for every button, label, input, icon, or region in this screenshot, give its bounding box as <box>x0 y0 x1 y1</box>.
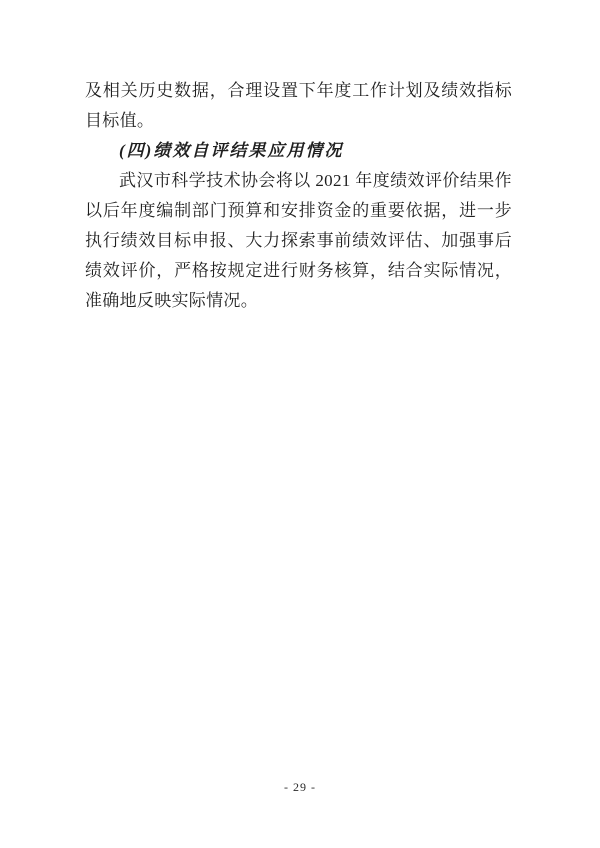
text-line: 准确地反映实际情况。 <box>85 286 512 316</box>
page-number: - 29 - <box>0 779 600 795</box>
text-line: 绩效评价，严格按规定进行财务核算，结合实际情况，完整、 <box>85 256 512 286</box>
text-line: 以后年度编制部门预算和安排资金的重要依据，进一步严格 <box>85 196 512 226</box>
text-line: 执行绩效目标申报、大力探索事前绩效评估、加强事后项目 <box>85 226 512 256</box>
page-body-text: 及相关历史数据，合理设置下年度工作计划及绩效指标年初 目标值。 (四)绩效自评结… <box>85 76 512 316</box>
text-line: 及相关历史数据，合理设置下年度工作计划及绩效指标年初 <box>85 76 512 106</box>
section-heading: (四)绩效自评结果应用情况 <box>85 136 512 166</box>
text-line: 目标值。 <box>85 106 512 136</box>
document-page: 及相关历史数据，合理设置下年度工作计划及绩效指标年初 目标值。 (四)绩效自评结… <box>0 0 600 848</box>
text-line: 武汉市科学技术协会将以 2021 年度绩效评价结果作为 <box>85 166 512 196</box>
